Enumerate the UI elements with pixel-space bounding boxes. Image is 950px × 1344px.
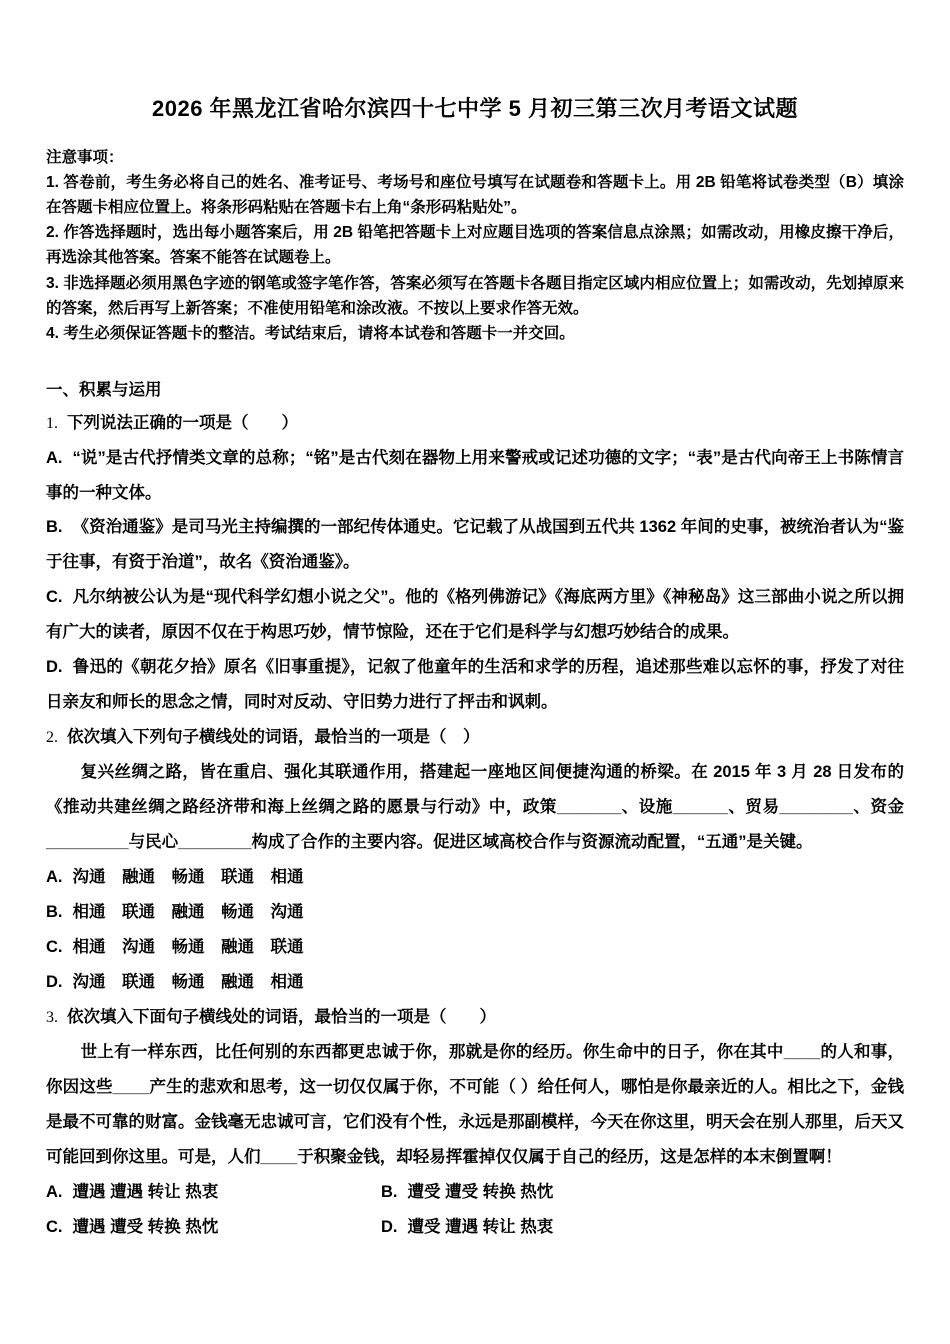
option-label: C. <box>46 588 63 606</box>
question-3-option-c: C.遭遇 遭受 转换 热忱 <box>46 1210 381 1245</box>
question-stem-text: 下列说法正确的一项是（ ） <box>67 414 298 432</box>
question-2-option-d: D.沟通 联通 畅通 融通 相通 <box>46 965 904 1000</box>
option-label: D. <box>46 973 63 991</box>
question-2-stem: 2.依次填入下列句子横线处的词语，最恰当的一项是（ ） <box>46 720 904 755</box>
option-text: 相通 联通 融通 畅通 沟通 <box>73 903 304 921</box>
option-text: 遭遇 遭遇 转让 热衷 <box>73 1183 219 1201</box>
option-label: C. <box>46 938 63 956</box>
page-title: 2026 年黑龙江省哈尔滨四十七中学 5 月初三第三次月考语文试题 <box>46 92 904 123</box>
notice-item: 3. 非选择题必须用黑色字迹的钢笔或签字笔作答，答案必须写在答题卡各题目指定区域… <box>46 271 904 321</box>
question-2-option-a: A.沟通 融通 畅通 联通 相通 <box>46 860 904 895</box>
question-3-option-a: A.遭遇 遭遇 转让 热衷 <box>46 1175 381 1210</box>
exam-paper-page: 2026 年黑龙江省哈尔滨四十七中学 5 月初三第三次月考语文试题 注意事项： … <box>0 0 950 1285</box>
option-label: B. <box>46 518 63 536</box>
question-1-stem: 1.下列说法正确的一项是（ ） <box>46 406 904 441</box>
option-text: 沟通 融通 畅通 联通 相通 <box>73 868 304 886</box>
question-3-option-b: B.遭受 遭受 转换 热忱 <box>381 1175 904 1210</box>
question-3-stem: 3.依次填入下面句子横线处的词语，最恰当的一项是（ ） <box>46 1000 904 1035</box>
question-3-options: A.遭遇 遭遇 转让 热衷 B.遭受 遭受 转换 热忱 C.遭遇 遭受 转换 热… <box>46 1175 904 1245</box>
question-3-passage: 世上有一样东西，比任何别的东西都更忠诚于你，那就是你的经历。你生命中的日子，你在… <box>46 1035 904 1175</box>
notice-item: 2. 作答选择题时，选出每小题答案后，用 2B 铅笔把答题卡上对应题目选项的答案… <box>46 220 904 270</box>
option-text: 《资治通鉴》是司马光主持编撰的一部纪传体通史。它记载了从战国到五代共 1362 … <box>46 518 904 571</box>
notice-item: 1. 答卷前，考生务必将自己的姓名、准考证号、考场号和座位号填写在试题卷和答题卡… <box>46 170 904 220</box>
question-3-option-d: D.遭受 遭遇 转让 热衷 <box>381 1210 904 1245</box>
question-2-option-c: C.相通 沟通 畅通 融通 联通 <box>46 930 904 965</box>
notice-section: 注意事项： 1. 答卷前，考生务必将自己的姓名、准考证号、考场号和座位号填写在试… <box>46 145 904 346</box>
option-label: B. <box>46 903 63 921</box>
question-1-option-d: D.鲁迅的《朝花夕拾》原名《旧事重提》，记叙了他童年的生活和求学的历程，追述那些… <box>46 650 904 720</box>
questions-area: 1.下列说法正确的一项是（ ） A.“说”是古代抒情类文章的总称；“铭”是古代刻… <box>46 406 904 1245</box>
option-label: A. <box>46 868 63 886</box>
option-text: “说”是古代抒情类文章的总称；“铭”是古代刻在器物上用来警戒或记述功德的文字；“… <box>46 449 904 502</box>
option-label: A. <box>46 1183 63 1201</box>
option-text: 相通 沟通 畅通 融通 联通 <box>73 938 304 956</box>
question-number: 2. <box>46 729 58 746</box>
option-text: 遭遇 遭受 转换 热忱 <box>73 1218 219 1236</box>
question-1-option-c: C.凡尔纳被公认为是“现代科学幻想小说之父”。他的《格列佛游记》《海底两方里》《… <box>46 580 904 650</box>
question-2-option-b: B.相通 联通 融通 畅通 沟通 <box>46 895 904 930</box>
option-label: D. <box>381 1218 398 1236</box>
option-text: 沟通 联通 畅通 融通 相通 <box>73 973 304 991</box>
question-stem-text: 依次填入下列句子横线处的词语，最恰当的一项是（ ） <box>67 728 480 746</box>
section-heading: 一、积累与运用 <box>46 376 904 406</box>
notice-heading: 注意事项： <box>46 145 904 170</box>
option-text: 遭受 遭遇 转让 热衷 <box>408 1218 554 1236</box>
option-label: A. <box>46 449 63 467</box>
option-text: 凡尔纳被公认为是“现代科学幻想小说之父”。他的《格列佛游记》《海底两方里》《神秘… <box>46 588 904 641</box>
question-1-option-a: A.“说”是古代抒情类文章的总称；“铭”是古代刻在器物上用来警戒或记述功德的文字… <box>46 441 904 511</box>
question-2-passage: 复兴丝绸之路，皆在重启、强化其联通作用，搭建起一座地区间便捷沟通的桥梁。在 20… <box>46 755 904 860</box>
option-label: B. <box>381 1183 398 1201</box>
question-stem-text: 依次填入下面句子横线处的词语，最恰当的一项是（ ） <box>67 1008 496 1026</box>
option-label: D. <box>46 658 63 676</box>
question-number: 3. <box>46 1009 58 1026</box>
option-text: 遭受 遭受 转换 热忱 <box>408 1183 554 1201</box>
question-1-option-b: B.《资治通鉴》是司马光主持编撰的一部纪传体通史。它记载了从战国到五代共 136… <box>46 510 904 580</box>
option-text: 鲁迅的《朝花夕拾》原名《旧事重提》，记叙了他童年的生活和求学的历程，追述那些难以… <box>46 658 904 711</box>
option-label: C. <box>46 1218 63 1236</box>
notice-item: 4. 考生必须保证答题卡的整洁。考试结束后，请将本试卷和答题卡一并交回。 <box>46 321 904 346</box>
question-number: 1. <box>46 415 58 432</box>
